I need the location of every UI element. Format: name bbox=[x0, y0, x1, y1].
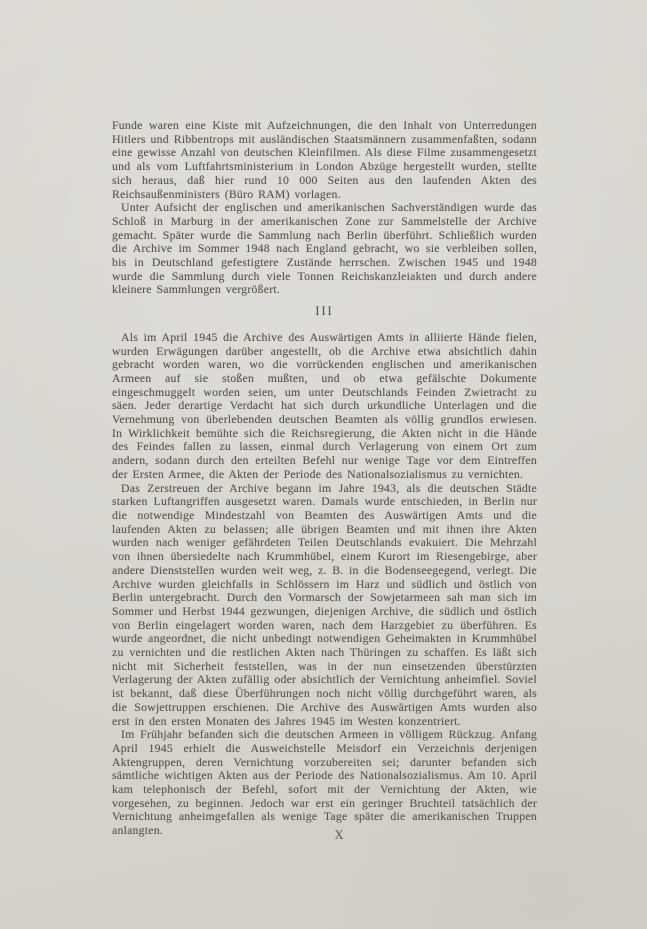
body-paragraph: Das Zerstreuen der Archive begann im Jah… bbox=[112, 482, 537, 729]
body-paragraph: Unter Aufsicht der englischen und amerik… bbox=[112, 201, 537, 297]
body-paragraph: Funde waren eine Kiste mit Aufzeichnunge… bbox=[112, 119, 537, 201]
section-heading-numeral: III bbox=[112, 305, 537, 319]
page-number: X bbox=[127, 828, 552, 843]
body-paragraph: Im Frühjahr befanden sich die deutschen … bbox=[112, 728, 537, 838]
text-column: Funde waren eine Kiste mit Aufzeichnunge… bbox=[112, 119, 537, 838]
body-paragraph: Als im April 1945 die Archive des Auswär… bbox=[112, 331, 537, 482]
book-page: Funde waren eine Kiste mit Aufzeichnunge… bbox=[0, 0, 647, 929]
